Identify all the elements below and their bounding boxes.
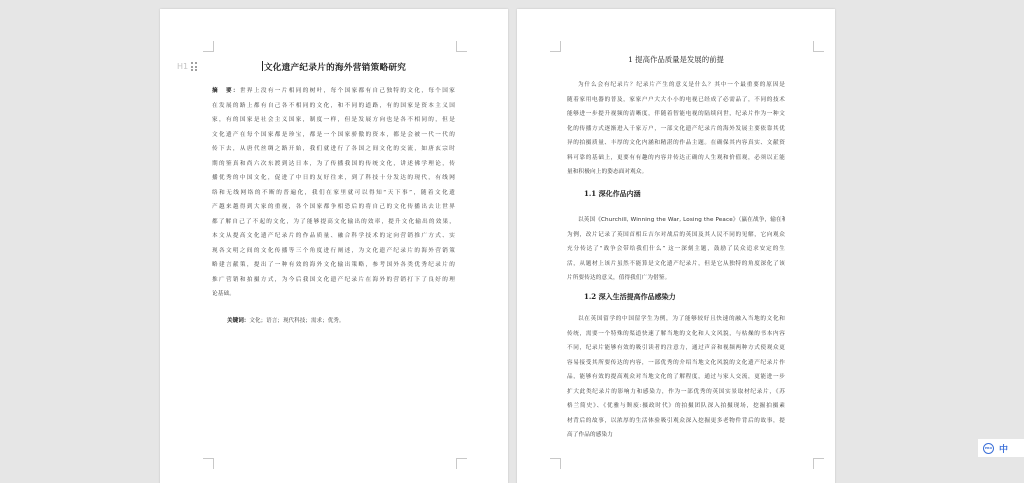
section-title[interactable]: 1 提高作品质量是发展的前提 [517, 54, 835, 65]
subsection-title-1-2[interactable]: 1.2 深入生活提高作品感染力 [584, 292, 676, 302]
paragraph-line: 充分传达了“战争会带给我们什么” 这一深刻主题，鼓励了民众追求安定的生 [567, 242, 785, 257]
paragraph-line: 随着家用电器的普及，家家户户大大小小的电视已经成了必需品了，不同的技术 [567, 93, 785, 108]
paragraph-line: 以在英国留学的中国留学生为例，为了能够较好且快速的融入当地的文化和 [567, 312, 785, 327]
keywords-label: 关键词： [227, 318, 249, 324]
abstract-label: 摘 要： [212, 88, 240, 94]
paragraph-line: 以英国《Churchill, Winning the War, Losing t… [567, 213, 785, 228]
paragraph-line: 料可靠的基础上，更要有有趣的内容并传达正确的人生观和价值观，必须以正能 [567, 151, 785, 166]
abstract-line: 论基础。 [212, 287, 455, 302]
paragraph-line: 异的拍摄质量、丰厚的文化内涵和精湛的作品主题。在确保其内容真实、文献资 [567, 136, 785, 151]
paragraph-line: 品，能够有效的提高观众对当地文化的了解程度，通过与家人交流，更能进一步 [567, 370, 785, 385]
abstract-line: 本文从提高文化遗产纪录片的作品质量、融合科学技术的定向营销推广方式、实 [212, 229, 455, 244]
paragraph-line: 化的传播方式逐渐进入千家万户，一部文化遗产纪录片的海外发展主要依靠其优 [567, 122, 785, 137]
abstract-line: 传下去，从唐代丝绸之路开始，我们就进行了各国之间文化的交流，如唐玄宗时 [212, 142, 455, 157]
paragraph-line: 容易接受其所要传达的内容，一部优秀的介绍当地文化风貌的文化遗产纪录片作 [567, 356, 785, 371]
keywords-text: 文化；语言；现代科技；需求；优秀。 [249, 318, 344, 324]
paragraph-line: 传统，需要一个特殊的渠道快速了解当地的文化和人文风貌，与枯燥的书本内容 [567, 327, 785, 342]
abstract-line: 络和无线网络的不断的普遍化，我们在家里就可以得知“天下事”，随着文化遗 [212, 186, 455, 201]
abstract-line: 在发展的路上都有自己各不相同的文化，和不同的道路，有的国家是资本主义国 [212, 99, 455, 114]
abstract-line: 文化遗产在每个国家都是珍宝，都是一个国家骄傲的资本，都是会被一代一代的 [212, 128, 455, 143]
abstract-paragraph[interactable]: 摘 要：世界上没有一片相同的树叶，每个国家都有自己独特的文化，每个国家 在发展的… [212, 84, 455, 302]
ime-logo-icon[interactable]: PRO [983, 443, 994, 454]
subsection-1-2-paragraph[interactable]: 以在英国留学的中国留学生为例，为了能够较好且快速的融入当地的文化和 传统，需要一… [567, 312, 785, 443]
margin-corner-top-left [550, 41, 561, 52]
paragraph-line: 材背后的故事，以浓厚的生活体验吸引观众深入挖掘更多老物件背后的故事，提 [567, 414, 785, 429]
paragraph-line: 能够进一步提升视频的清晰度，伴随着智能电视的陆续问世，纪录片作为一种文 [567, 107, 785, 122]
paragraph-line: 片所要传达的意义，值得我们广为借鉴。 [567, 271, 785, 286]
abstract-line: 家，有的国家是社会主义国家，制度一样，但是发展方向也是各不相同的，但是 [212, 113, 455, 128]
abstract-line: 世界上没有一片相同的树叶，每个国家都有自己独特的文化，每个国家 [240, 88, 455, 94]
intro-paragraph[interactable]: 为什么会有纪录片？纪录片产生的意义是什么？其中一个最重要的原因是 随着家用电器的… [567, 78, 785, 180]
text-cursor [262, 61, 263, 71]
abstract-line: 播优秀的中国文化，促进了中日的友好往来，到了科技十分发达的现代，有线网 [212, 171, 455, 186]
subsection-1-1-paragraph[interactable]: 以英国《Churchill, Winning the War, Losing t… [567, 213, 785, 286]
margin-corner-bottom-right [813, 458, 824, 469]
abstract-line: 产越来越得到大家的重视，各个国家都争相恐后的将自己的文化传播出去让世界 [212, 200, 455, 215]
paragraph-line: 高了作品的感染力 [567, 428, 785, 443]
abstract-line: 推广营销和拍摄方式，为今后我国文化遗产纪录片在海外的营销打下了良好的理 [212, 273, 455, 288]
document-title-text: 文化遗产纪录片的海外营销策略研究 [264, 63, 406, 73]
margin-corner-bottom-left [203, 458, 214, 469]
keywords-paragraph[interactable]: 关键词：文化；语言；现代科技；需求；优秀。 [227, 316, 345, 324]
subsection-title-1-1[interactable]: 1.1 深化作品内涵 [584, 189, 641, 199]
document-page-1[interactable]: H1 文化遗产纪录片的海外营销策略研究 摘 要：世界上没有一片相同的树叶，每个国… [160, 9, 508, 483]
paragraph-line: 扩大此类纪录片的影响力和感染力，作为一部优秀的英国实景取材纪录片，《苏 [567, 385, 785, 400]
paragraph-line: 格兰简史》、《优雅与颓废:摄政时代》的拍摄团队深入拍摄现场，挖掘拍摄素 [567, 399, 785, 414]
margin-corner-top-right [456, 41, 467, 52]
ime-language-toggle[interactable]: 中 [999, 442, 1008, 455]
ime-toolbar[interactable]: PRO 中 [978, 439, 1024, 457]
margin-corner-top-right [813, 41, 824, 52]
abstract-line: 都了解自己了不起的文化，为了能够提高文化输出的效率，提升文化输出的效果， [212, 215, 455, 230]
paragraph-line: 不同，纪录片能够有效的吸引读者的注意力，通过声音和视频两种方式使观众更 [567, 341, 785, 356]
paragraph-line: 为什么会有纪录片？纪录片产生的意义是什么？其中一个最重要的原因是 [567, 78, 785, 93]
margin-corner-top-left [203, 41, 214, 52]
paragraph-line: 量和积极向上的姿态面对观众。 [567, 165, 785, 180]
abstract-line: 现各文明之间的文化传播等三个角度进行阐述，为文化遗产纪录片的海外营销策 [212, 244, 455, 259]
abstract-line: 期的鉴真和尚六次东渡到达日本，为了传播我国的传统文化，讲述佛学理论，传 [212, 157, 455, 172]
margin-corner-bottom-left [550, 458, 561, 469]
document-title[interactable]: 文化遗产纪录片的海外营销策略研究 [160, 61, 508, 73]
paragraph-line: 活，从题材上该片虽然不能算是文化遗产纪录片，但是它从独特的角度深化了该 [567, 257, 785, 272]
document-page-2[interactable]: 1 提高作品质量是发展的前提 为什么会有纪录片？纪录片产生的意义是什么？其中一个… [517, 9, 835, 483]
margin-corner-bottom-right [456, 458, 467, 469]
abstract-line: 略建言献策，提出了一种有效的海外文化输出策略，参考国外各类优秀纪录片的 [212, 258, 455, 273]
paragraph-line: 为例，改片记录了英国首相丘吉尔对战后的英国及其人民不同的见解，它向观众 [567, 228, 785, 243]
